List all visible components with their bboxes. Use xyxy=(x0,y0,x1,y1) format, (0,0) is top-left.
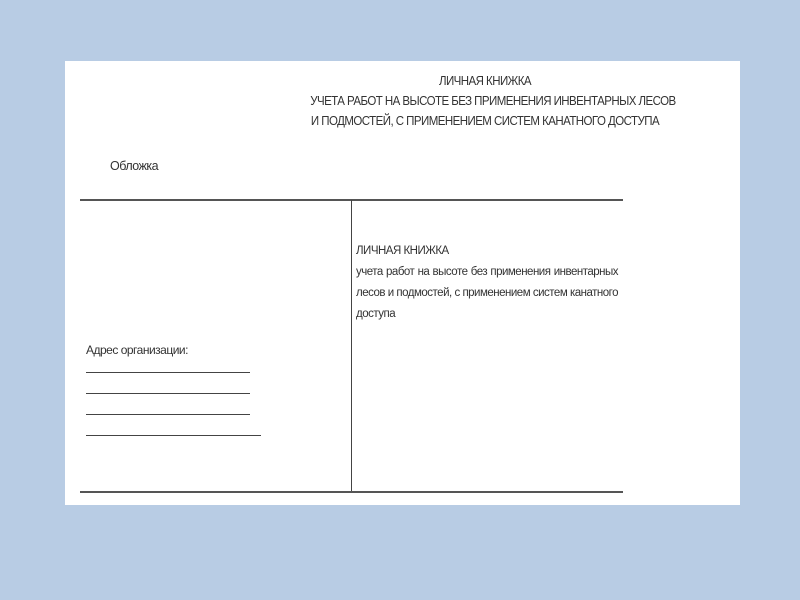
cover-front-text: учета работ на высоте без применения инв… xyxy=(356,262,618,325)
address-blank-line xyxy=(86,371,250,373)
address-label: Адрес организации: xyxy=(86,343,261,357)
bottom-divider xyxy=(80,491,623,493)
cover-back-panel: Адрес организации: xyxy=(86,343,261,436)
address-blank-line xyxy=(86,434,261,436)
center-divider xyxy=(351,200,352,492)
address-blank-line xyxy=(86,413,250,415)
cover-label: Обложка xyxy=(110,159,158,173)
header-title: ЛИЧНАЯ КНИЖКА xyxy=(310,71,660,91)
header-subtitle-line1: УЧЕТА РАБОТ НА ВЫСОТЕ БЕЗ ПРИМЕНЕНИЯ ИНВ… xyxy=(310,91,660,111)
address-blank-line xyxy=(86,392,250,394)
cover-front-title: ЛИЧНАЯ КНИЖКА xyxy=(356,241,618,262)
cover-front-panel: ЛИЧНАЯ КНИЖКА учета работ на высоте без … xyxy=(356,241,618,325)
document-sheet: ЛИЧНАЯ КНИЖКА УЧЕТА РАБОТ НА ВЫСОТЕ БЕЗ … xyxy=(65,61,740,505)
document-header: ЛИЧНАЯ КНИЖКА УЧЕТА РАБОТ НА ВЫСОТЕ БЕЗ … xyxy=(310,71,660,131)
header-subtitle-line2: И ПОДМОСТЕЙ, С ПРИМЕНЕНИЕМ СИСТЕМ КАНАТН… xyxy=(310,111,660,131)
